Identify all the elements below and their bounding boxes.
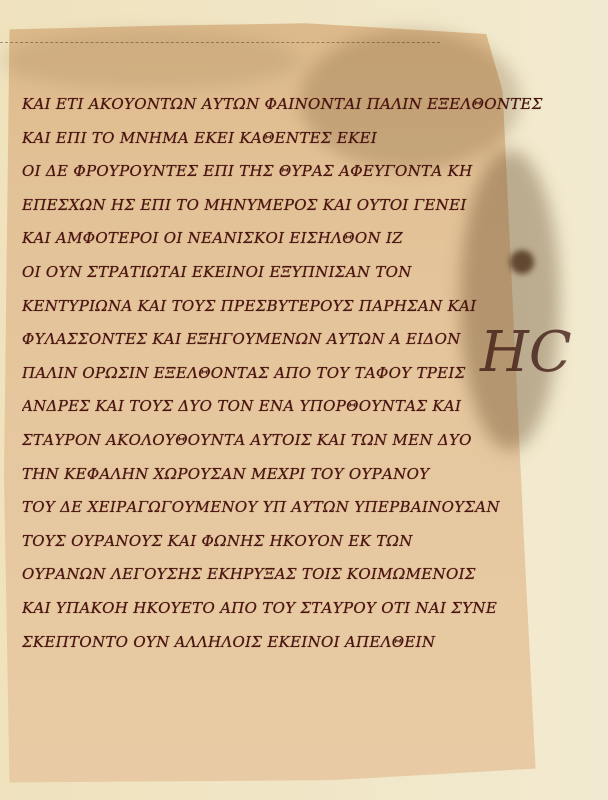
manuscript-text: ΚΑΙ ΕΤΙ ΑΚΟΥΟΝΤΩΝ ΑΥΤΩΝ ΦΑΙΝΟΝΤΑΙ ΠΑΛΙΝ … [22, 88, 552, 659]
script-line: ΕΠΕΣΧΩΝ ΗΣ ΕΠΙ ΤΟ ΜΗΝΥΜΕΡΟΣ ΚΑΙ ΟΥΤΟΙ ΓΕ… [22, 189, 552, 223]
script-line: ΑΝΔΡΕΣ ΚΑΙ ΤΟΥΣ ΔΥΟ ΤΟΝ ΕΝΑ ΥΠΟΡΘΟΥΝΤΑΣ … [22, 390, 552, 424]
script-line: ΟΥΡΑΝΩΝ ΛΕΓΟΥΣΗΣ ΕΚΗΡΥΞΑΣ ΤΟΙΣ ΚΟΙΜΩΜΕΝΟ… [22, 558, 552, 592]
stain [0, 30, 300, 90]
script-line: ΤΟΥΣ ΟΥΡΑΝΟΥΣ ΚΑΙ ΦΩΝΗΣ ΗΚΟΥΟΝ ΕΚ ΤΩΝ [22, 525, 552, 559]
script-line: ΦΥΛΑΣΣΟΝΤΕΣ ΚΑΙ ΕΞΗΓΟΥΜΕΝΩΝ ΑΥΤΩΝ Α ΕΙΔΟ… [22, 323, 552, 357]
script-line: ΟΙ ΔΕ ΦΡΟΥΡΟΥΝΤΕΣ ΕΠΙ ΤΗΣ ΘΥΡΑΣ ΑΦΕΥΓΟΝΤ… [22, 155, 552, 189]
script-line: ΤΟΥ ΔΕ ΧΕΙΡΑΓΩΓΟΥΜΕΝΟΥ ΥΠ ΑΥΤΩΝ ΥΠΕΡΒΑΙΝ… [22, 491, 552, 525]
script-line: ΚΑΙ ΕΤΙ ΑΚΟΥΟΝΤΩΝ ΑΥΤΩΝ ΦΑΙΝΟΝΤΑΙ ΠΑΛΙΝ … [22, 88, 552, 122]
script-line: ΟΙ ΟΥΝ ΣΤΡΑΤΙΩΤΑΙ ΕΚΕΙΝΟΙ ΕΞΥΠΝΙΣΑΝ ΤΟΝ [22, 256, 552, 290]
script-line: ΠΑΛΙΝ ΟΡΩΣΙΝ ΕΞΕΛΘΟΝΤΑΣ ΑΠΟ ΤΟΥ ΤΑΦΟΥ ΤΡ… [22, 357, 552, 391]
script-line: ΚΕΝΤΥΡΙΩΝΑ ΚΑΙ ΤΟΥΣ ΠΡΕΣΒΥΤΕΡΟΥΣ ΠΑΡΗΣΑΝ… [22, 290, 552, 324]
script-line: ΣΚΕΠΤΟΝΤΟ ΟΥΝ ΑΛΛΗΛΟΙΣ ΕΚΕΙΝΟΙ ΑΠΕΛΘΕΙΝ [22, 626, 552, 660]
script-line: ΣΤΑΥΡΟΝ ΑΚΟΛΟΥΘΟΥΝΤΑ ΑΥΤΟΙΣ ΚΑΙ ΤΩΝ ΜΕΝ … [22, 424, 552, 458]
torn-edge [0, 42, 440, 43]
script-line: ΚΑΙ ΑΜΦΟΤΕΡΟΙ ΟΙ ΝΕΑΝΙΣΚΟΙ ΕΙΣΗΛΘΟΝ ΙΖ [22, 222, 552, 256]
script-line: ΤΗΝ ΚΕΦΑΛΗΝ ΧΩΡΟΥΣΑΝ ΜΕΧΡΙ ΤΟΥ ΟΥΡΑΝΟΥ [22, 458, 552, 492]
margin-annotation: ΗϹ [480, 320, 572, 385]
script-line: ΚΑΙ ΕΠΙ ΤΟ ΜΝΗΜΑ ΕΚΕΙ ΚΑΘΕΝΤΕΣ ΕΚΕΙ [22, 122, 552, 156]
script-line: ΚΑΙ ΥΠΑΚΟΗ ΗΚΟΥΕΤΟ ΑΠΟ ΤΟΥ ΣΤΑΥΡΟΥ ΟΤΙ Ν… [22, 592, 552, 626]
